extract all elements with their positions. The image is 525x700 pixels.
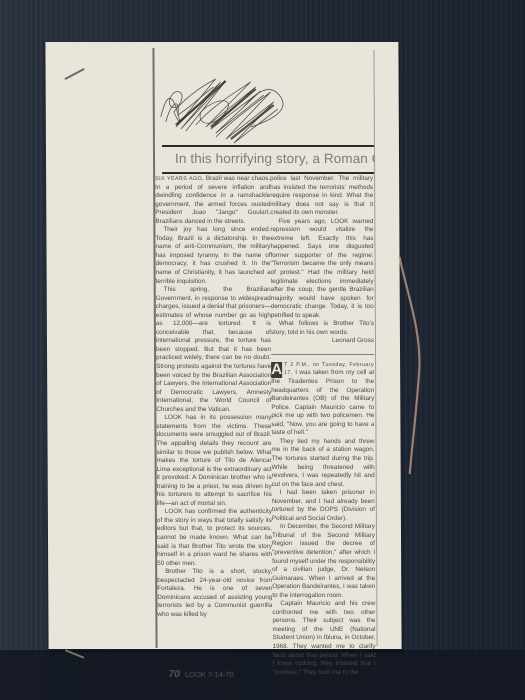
- paragraph: SIX YEARS AGO, Brazil was near chaos. In…: [155, 175, 270, 226]
- scribble-mark: [156, 67, 316, 147]
- pen-mark: [64, 68, 84, 80]
- headline-bar: In this horrifying story, a Roman Cathol: [162, 145, 374, 174]
- headline: In this horrifying story, a Roman Cathol: [175, 151, 374, 166]
- folio-label: LOOK 7-14-70: [185, 670, 234, 679]
- drop-cap: A: [271, 362, 282, 378]
- paragraph: I had been taken prisoner in November, a…: [272, 489, 375, 523]
- paragraph: Their joy has long since ended. Today, B…: [155, 226, 270, 286]
- paragraph: AT 2 P.M., on Tuesday, February 17, I wa…: [271, 361, 374, 438]
- paragraph: What follows is Brother Tito's story, to…: [271, 320, 374, 337]
- stain-mark: [397, 252, 428, 477]
- paragraph: Captain Mauricio and his crew confronted…: [272, 600, 375, 677]
- magazine-page: In this horrifying story, a Roman Cathol…: [45, 42, 401, 649]
- paragraph: In December, the Second Military Tribuna…: [272, 523, 375, 600]
- paragraph: They tied my hands and threw me in the b…: [271, 438, 374, 489]
- paragraph: This spring, the Brazilian Government, i…: [156, 286, 272, 414]
- paragraph: Brother Tito is a short, stocky, bespect…: [157, 568, 272, 619]
- paragraph: police last November. The military has i…: [270, 175, 373, 218]
- lead-in: T 2 P.M., on Tuesday, February 17,: [284, 362, 374, 377]
- page-folio: 70 LOOK 7-14-70: [169, 669, 234, 680]
- paragraph: Five years ago, LOOK warned repression w…: [270, 218, 374, 321]
- column-left: SIX YEARS AGO, Brazil was near chaos. In…: [155, 175, 272, 619]
- section-divider: [271, 354, 374, 355]
- paragraph: LOOK has in its possession many statemen…: [156, 414, 271, 508]
- paragraph: LOOK has confirmed the authenticity of t…: [157, 508, 272, 568]
- background-shadow: [0, 650, 525, 700]
- byline: Leonard Gross: [271, 337, 374, 346]
- lead-in: SIX YEARS AGO,: [155, 176, 204, 182]
- page-number: 70: [169, 669, 180, 680]
- column-right: police last November. The military has i…: [270, 175, 376, 677]
